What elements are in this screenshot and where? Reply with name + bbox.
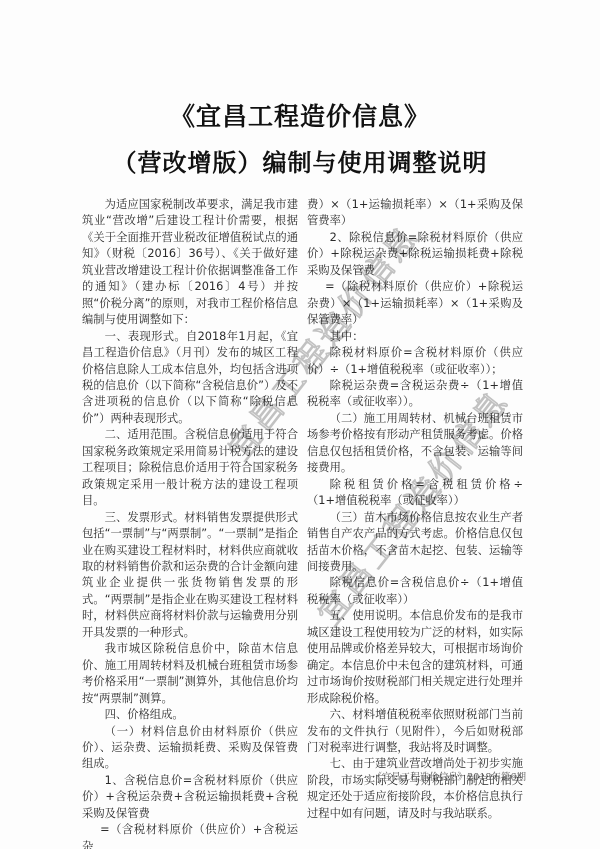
- paragraph: 七、由于建筑业营改增尚处于初步实施阶段，市场实际交易与财税部门制定的相关规定还处…: [307, 756, 523, 822]
- paragraph: 为适应国家税制改革要求，满足我市建筑业“营改增”后建设工程计价需要，根据《关于全…: [82, 197, 298, 329]
- paragraph: =（除税材料原价（供应价）+除税运杂费）×（1+运输损耗率）×（1+采购及保管费…: [307, 279, 523, 328]
- page-footer: 《宜昌工程造价信息》2018年第6期: [372, 769, 526, 783]
- paragraph: （一）材料信息价由材料原价（供应价）、运杂费、运输损耗费、采购及保管费组成。: [82, 724, 298, 773]
- paragraph: 三、发票形式。材料销售发票提供形式包括“一票制”与“两票制”。“一票制”是指企业…: [82, 510, 298, 642]
- paragraph: 1、含税信息价=含税材料原价（供应价）+含税运杂费+含税运输损耗费+含税采购及保…: [82, 773, 298, 822]
- paragraph: 六、材料增值税税率依照财税部门当前发布的文件执行（见附件），今后如财税部门对税率…: [307, 707, 523, 756]
- paragraph: 2、除税信息价=除税材料原价（供应价）+除税运杂费+除税运输损耗费+除税采购及保…: [307, 230, 523, 279]
- left-column: 为适应国家税制改革要求，满足我市建筑业“营改增”后建设工程计价需要，根据《关于全…: [82, 197, 298, 849]
- paragraph: 费）×（1+运输损耗率）×（1+采购及保管费率）: [307, 197, 523, 230]
- paragraph: 一、表现形式。自2018年1月起，《宜昌工程造价信息》（月刊）发布的城区工程价格…: [82, 329, 298, 428]
- paragraph: （二）施工用周转材、机械台班租赁市场参考价格按有形动产租赁服务考虑。价格信息仅包…: [307, 411, 523, 477]
- paragraph: 四、价格组成。: [82, 707, 298, 723]
- paragraph: 除税材料原价=含税材料原价（供应价）÷（1+增值税税率（或征收率））；: [307, 345, 523, 378]
- paragraph: 除税租赁价格=含税租赁价格÷（1+增值税税率（或征收率））: [307, 477, 523, 510]
- paragraph: 我市城区除税信息价中，除苗木信息价、施工用周转材料及机械台班租赁市场参考价格采用…: [82, 641, 298, 707]
- paragraph: 五、使用说明。本信息价发布的是我市城区建设工程使用较为广泛的材料，如实际使用品牌…: [307, 608, 523, 707]
- right-column: 费）×（1+运输损耗率）×（1+采购及保管费率） 2、除税信息价=除税材料原价（…: [307, 197, 523, 822]
- paragraph: 除税信息价=含税信息价÷（1+增值税税率（或征收率））: [307, 575, 523, 608]
- document-subtitle: （营改增版）编制与使用调整说明: [0, 143, 600, 178]
- paragraph: 其中：: [307, 329, 523, 345]
- paragraph: （三）苗木市场价格信息按农业生产者销售自产农产品的方式考虑。价格信息仅包括苗木价…: [307, 510, 523, 576]
- paragraph: =（含税材料原价（供应价）+含税运杂: [82, 822, 298, 849]
- paragraph: 二、适用范围。含税信息价适用于符合国家税务政策规定采用简易计税方法的建设工程项目…: [82, 427, 298, 509]
- document-title: 《宜昌工程造价信息》: [0, 97, 600, 133]
- paragraph: 除税运杂费=含税运杂费÷（1+增值税税率（或征收率））。: [307, 378, 523, 411]
